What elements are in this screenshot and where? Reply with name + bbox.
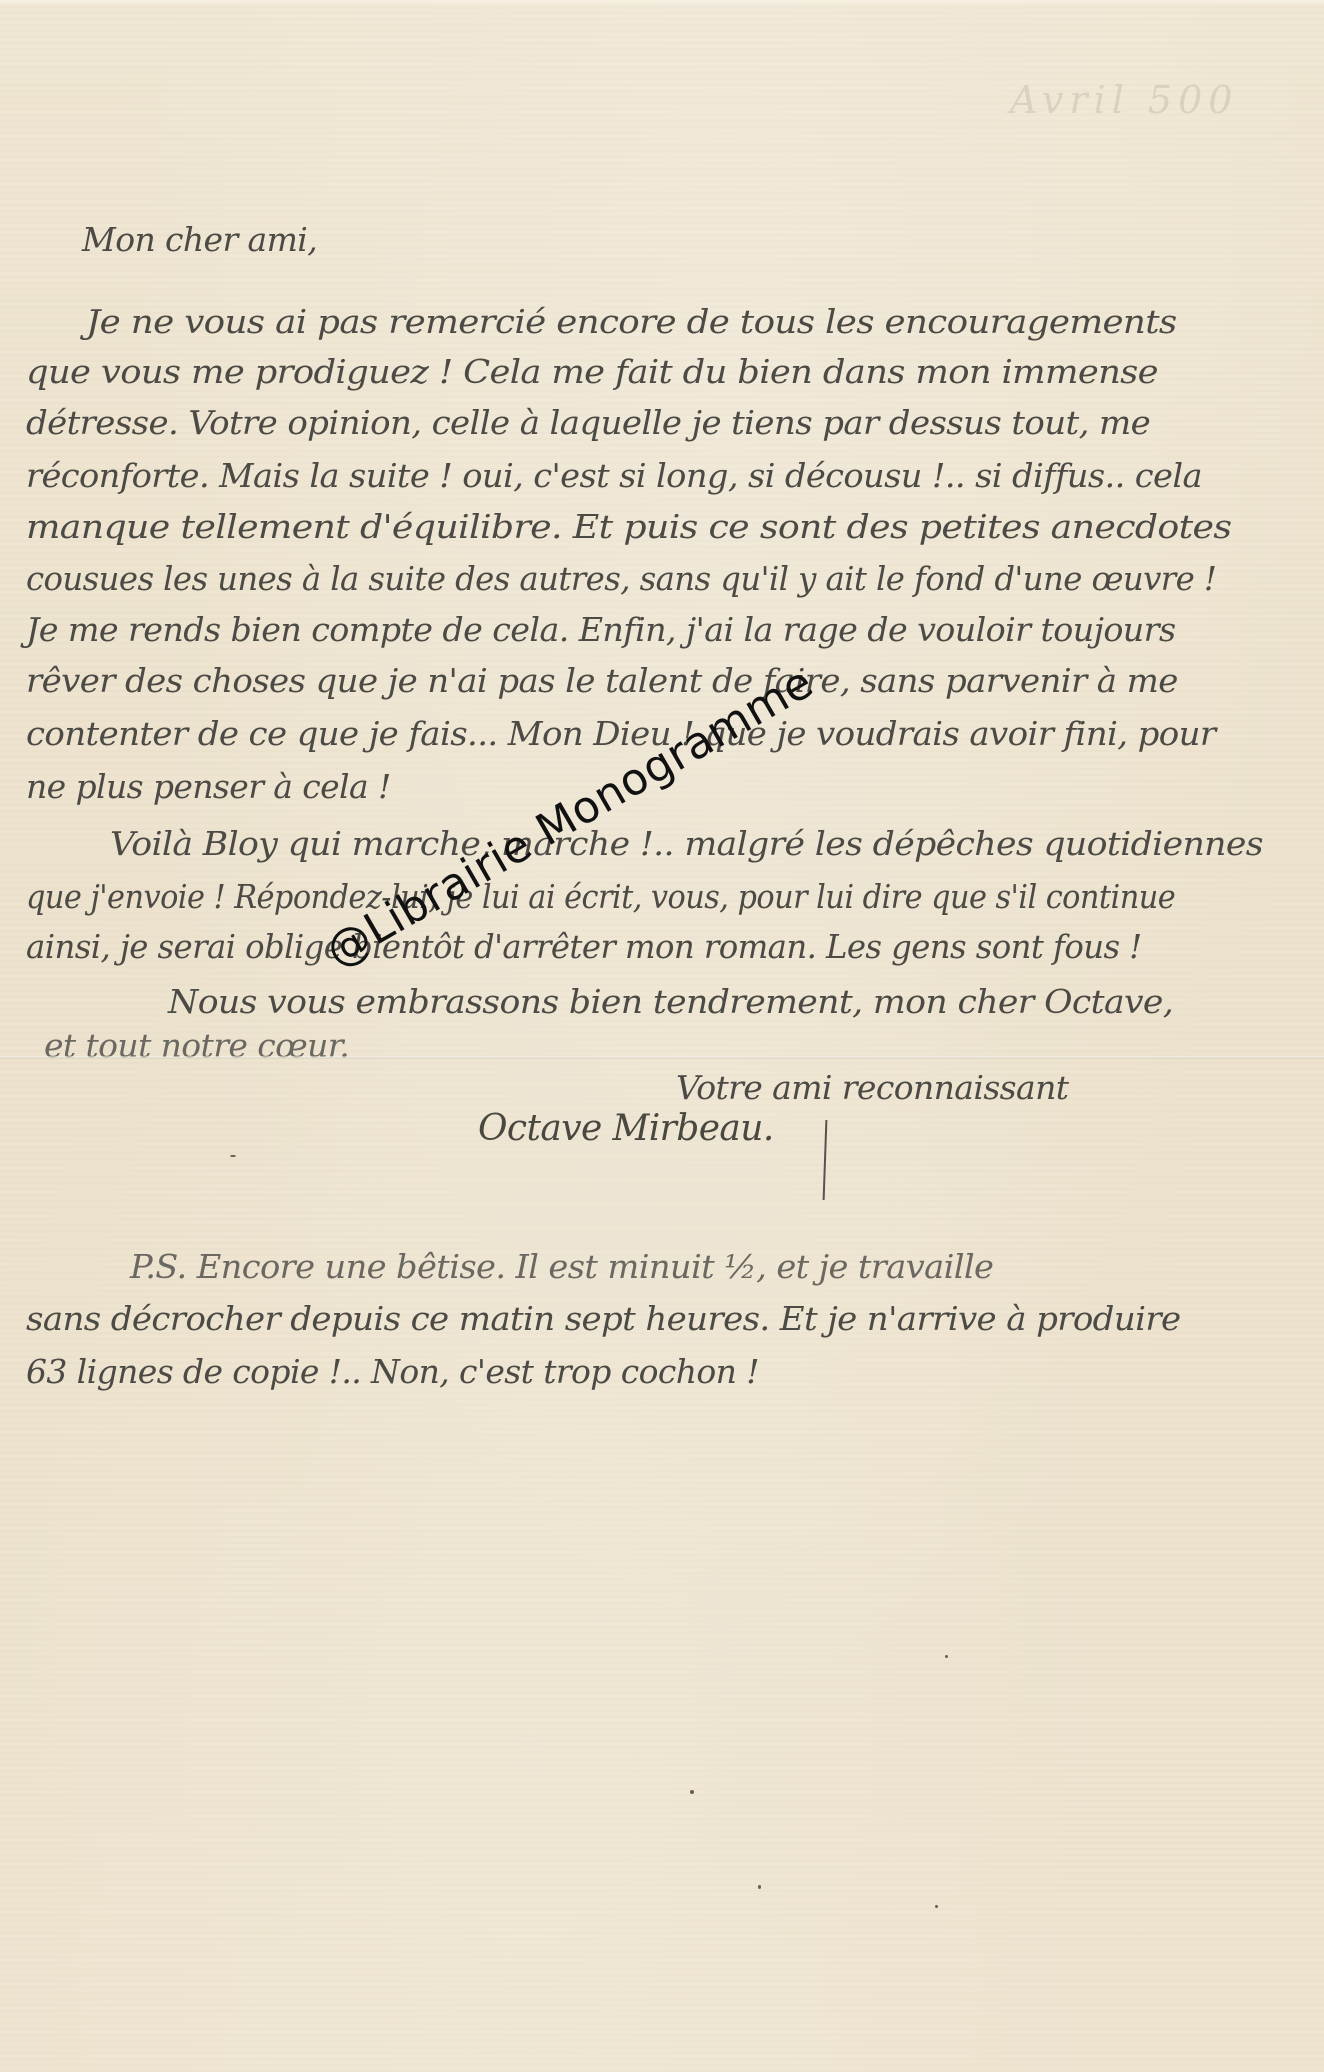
closing-line: Nous vous embrassons bien tendrement, mo… <box>168 982 1173 1021</box>
valediction: Votre ami reconnaissant <box>676 1068 1068 1107</box>
body-line: que vous me prodiguez ! Cela me fait du … <box>26 352 1158 391</box>
body-line: contenter de ce que je fais... Mon Dieu … <box>26 714 1216 753</box>
paper-speck <box>690 1790 694 1794</box>
body-line: Je me rends bien compte de cela. Enfin, … <box>26 610 1175 649</box>
paragraph2-line: ainsi, je serai obligé bientôt d'arrêter… <box>26 927 1142 966</box>
body-line: cousues les unes à la suite des autres, … <box>26 559 1216 598</box>
paper-top-edge <box>0 0 1324 6</box>
body-line: réconforte. Mais la suite ! oui, c'est s… <box>26 456 1202 495</box>
pencil-annotation: Avril 500 <box>1010 78 1238 122</box>
signature: Octave Mirbeau. <box>478 1108 774 1149</box>
body-line: ne plus penser à cela ! <box>26 767 391 806</box>
paragraph2-line: Voilà Bloy qui marche, marche !.. malgré… <box>110 824 1263 863</box>
letter-page: Avril 500 Mon cher ami, Je ne vous ai pa… <box>0 0 1324 2072</box>
postscript-line: sans décrocher depuis ce matin sept heur… <box>26 1299 1180 1338</box>
signature-flourish <box>823 1120 828 1200</box>
paper-speck <box>230 1155 236 1157</box>
postscript-line: P.S. Encore une bêtise. Il est minuit ½,… <box>130 1247 993 1286</box>
closing-line: et tout notre cœur. <box>44 1026 349 1065</box>
paper-speck <box>758 1885 761 1889</box>
paper-speck <box>945 1655 948 1658</box>
paper-fold-line <box>0 1056 1324 1059</box>
body-line: manque tellement d'équilibre. Et puis ce… <box>26 507 1231 546</box>
postscript-line: 63 lignes de copie !.. Non, c'est trop c… <box>26 1352 759 1391</box>
body-line: détresse. Votre opinion, celle à laquell… <box>26 403 1150 442</box>
body-line: Je ne vous ai pas remercié encore de tou… <box>86 302 1177 341</box>
salutation: Mon cher ami, <box>82 220 317 259</box>
body-line: rêver des choses que je n'ai pas le tale… <box>26 661 1178 700</box>
paragraph2-line: que j'envoie ! Répondez-lui, je lui ai é… <box>26 877 1175 916</box>
paper-speck <box>935 1905 938 1908</box>
